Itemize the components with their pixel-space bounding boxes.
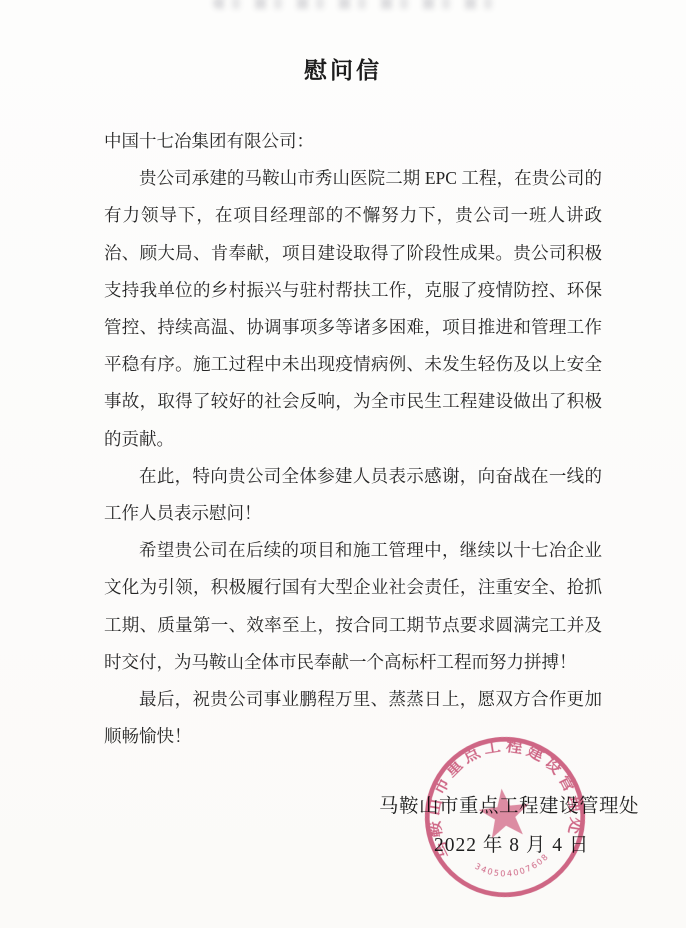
bleed-through-marks (213, 0, 503, 9)
paragraph-2: 在此，特向贵公司全体参建人员表示感谢，向奋战在一线的工作人员表示慰问！ (104, 458, 602, 532)
paragraph-1: 贵公司承建的马鞍山市秀山医院二期 EPC 工程，在贵公司的有力领导下，在项目经理… (104, 160, 602, 458)
letter-page: 慰问信 中国十七冶集团有限公司： 贵公司承建的马鞍山市秀山医院二期 EPC 工程… (0, 0, 686, 928)
signature-date: 2022 年 8 月 4 日 (434, 829, 589, 857)
paragraph-3: 希望贵公司在后续的项目和施工管理中，继续以十七冶企业文化为引领，积极履行国有大型… (104, 532, 602, 681)
letter-body: 中国十七冶集团有限公司： 贵公司承建的马鞍山市秀山医院二期 EPC 工程，在贵公… (104, 123, 602, 755)
letter-title: 慰问信 (0, 52, 686, 85)
salutation: 中国十七冶集团有限公司： (104, 123, 602, 160)
signature-organization: 马鞍山市重点工程建设管理处 (379, 790, 639, 818)
paragraph-4: 最后，祝贵公司事业鹏程万里、蒸蒸日上，愿双方合作更加顺畅愉快！ (104, 681, 602, 755)
